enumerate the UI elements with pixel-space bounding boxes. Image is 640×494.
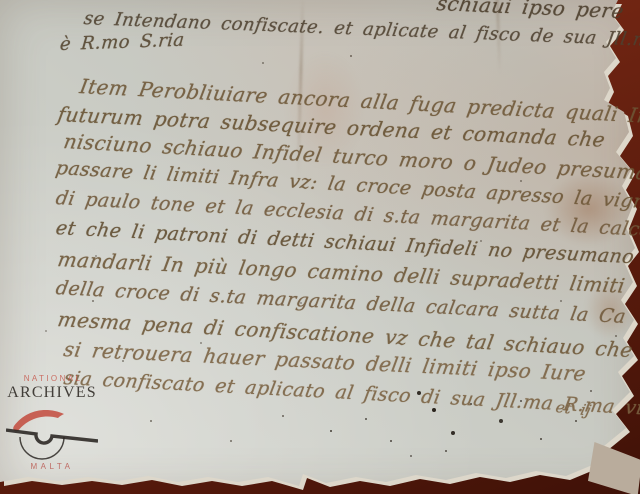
watermark-national-label: NATIONAL bbox=[4, 374, 102, 383]
manuscript-line: et ij bbox=[554, 398, 593, 419]
archives-logo-icon bbox=[6, 404, 98, 460]
manuscript-photo: schiaui ipso perese Intendano confiscate… bbox=[0, 0, 640, 494]
watermark-archives-label: ARCHIVES bbox=[2, 384, 102, 402]
national-archives-watermark: NATIONAL ARCHIVES MALTA bbox=[2, 374, 102, 471]
manuscript-line: schiaui ipso pere bbox=[435, 0, 626, 23]
manuscript-line: è R.mo S.ria bbox=[59, 30, 185, 55]
watermark-malta-label: MALTA bbox=[2, 462, 102, 471]
